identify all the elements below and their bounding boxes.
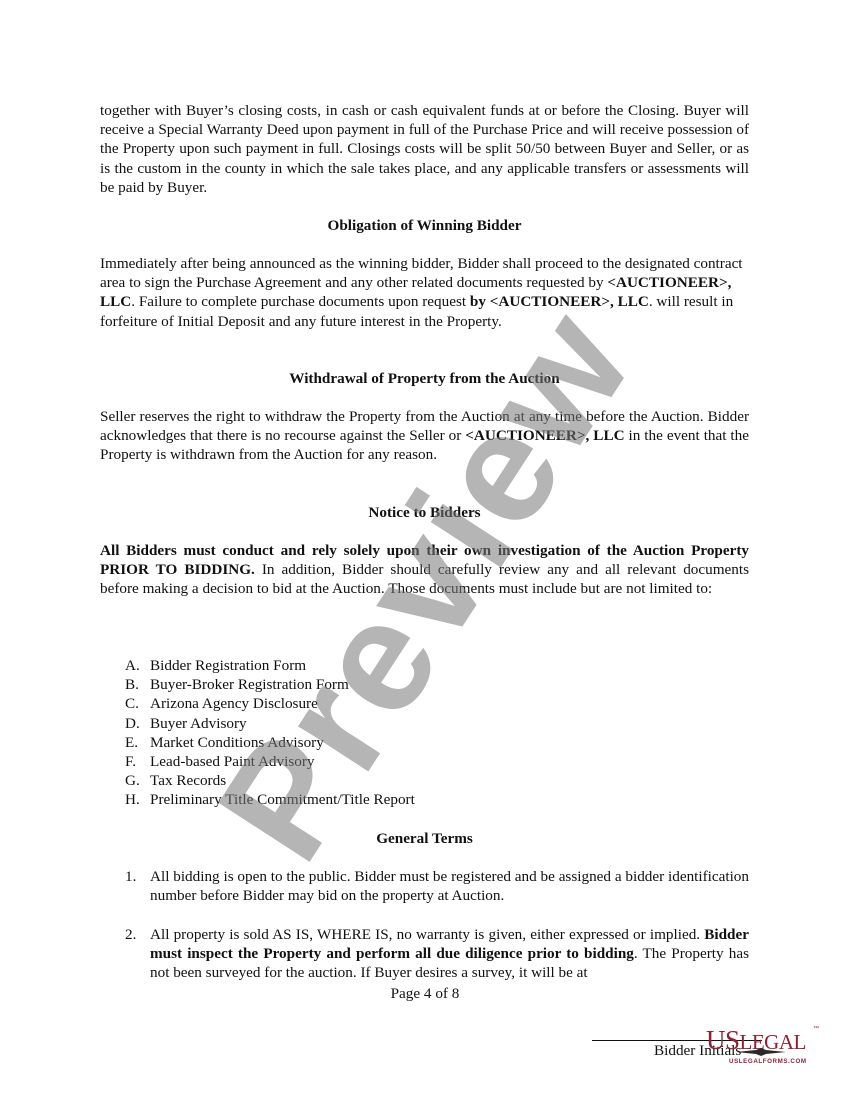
list-marker: B. [125, 675, 150, 694]
paragraph-withdrawal: Seller reserves the right to withdraw th… [100, 407, 749, 465]
intro-paragraph: together with Buyer’s closing costs, in … [100, 101, 749, 197]
list-label: Preliminary Title Commitment/Title Repor… [150, 790, 415, 809]
list-marker: C. [125, 694, 150, 713]
trademark-symbol: ™ [813, 1026, 819, 1032]
list-label: Market Conditions Advisory [150, 733, 324, 752]
list-label: Arizona Agency Disclosure [150, 694, 318, 713]
required-documents-list: A.Bidder Registration FormB.Buyer-Broker… [125, 656, 415, 810]
eagle-icon [736, 1048, 786, 1056]
document-list-item: A.Bidder Registration Form [125, 656, 415, 675]
document-list-item: E.Market Conditions Advisory [125, 733, 415, 752]
text-span: . Failure to complete purchase documents… [131, 293, 470, 310]
heading-withdrawal: Withdrawal of Property from the Auction [100, 369, 749, 388]
document-list-item: F.Lead-based Paint Advisory [125, 752, 415, 771]
list-label: Lead-based Paint Advisory [150, 752, 315, 771]
item-number: 1. [125, 867, 136, 886]
heading-obligation: Obligation of Winning Bidder [100, 216, 749, 235]
general-term-item: 1. All bidding is open to the public. Bi… [125, 867, 749, 905]
item-text: All bidding is open to the public. Bidde… [150, 867, 749, 905]
uslegal-logo: USLEGAL ™ USLEGALFORMS.COM [706, 1026, 821, 1072]
list-marker: A. [125, 656, 150, 675]
list-marker: G. [125, 771, 150, 790]
list-label: Tax Records [150, 771, 226, 790]
list-marker: D. [125, 714, 150, 733]
text-span: All property is sold AS IS, WHERE IS, no… [150, 926, 704, 943]
list-marker: F. [125, 752, 150, 771]
item-number: 2. [125, 925, 136, 944]
auctioneer-name: <AUCTIONEER>, LLC [465, 427, 624, 444]
document-list-item: H.Preliminary Title Commitment/Title Rep… [125, 790, 415, 809]
document-list-item: G.Tax Records [125, 771, 415, 790]
list-marker: E. [125, 733, 150, 752]
list-label: Buyer Advisory [150, 714, 247, 733]
logo-url: USLEGALFORMS.COM [729, 1058, 807, 1065]
list-marker: H. [125, 790, 150, 809]
page-number: Page 4 of 8 [0, 985, 850, 1003]
paragraph-obligation: Immediately after being announced as the… [100, 254, 749, 331]
logo-us: US [706, 1025, 740, 1055]
document-list-item: D.Buyer Advisory [125, 714, 415, 733]
document-page: together with Buyer’s closing costs, in … [0, 0, 850, 1100]
item-text: All property is sold AS IS, WHERE IS, no… [150, 925, 749, 983]
heading-general-terms: General Terms [100, 829, 749, 848]
document-list-item: B.Buyer-Broker Registration Form [125, 675, 415, 694]
auctioneer-name: by <AUCTIONEER>, LLC [470, 293, 649, 310]
paragraph-notice: All Bidders must conduct and rely solely… [100, 541, 749, 599]
general-term-item: 2. All property is sold AS IS, WHERE IS,… [125, 925, 749, 983]
heading-notice: Notice to Bidders [100, 503, 749, 522]
list-label: Bidder Registration Form [150, 656, 306, 675]
list-label: Buyer-Broker Registration Form [150, 675, 349, 694]
document-list-item: C.Arizona Agency Disclosure [125, 694, 415, 713]
